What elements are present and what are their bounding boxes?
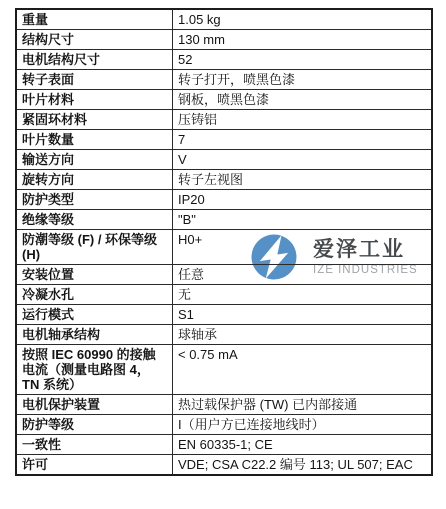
table-row: 冷凝水孔 无: [16, 285, 432, 305]
table-row: 转子表面 转子打开，喷黑色漆: [16, 70, 432, 90]
row-label: 结构尺寸: [16, 30, 173, 50]
table-row: 紧固环材料 压铸铝: [16, 110, 432, 130]
row-label: 电机保护装置: [16, 395, 173, 415]
row-value: H0+: [173, 230, 433, 265]
row-value: 钢板，喷黑色漆: [173, 90, 433, 110]
row-value: 7: [173, 130, 433, 150]
row-label: 许可: [16, 455, 173, 476]
row-label: 安装位置: [16, 265, 173, 285]
row-value: I（用户方已连接地线时）: [173, 415, 433, 435]
row-label: 叶片材料: [16, 90, 173, 110]
row-value: 转子打开，喷黑色漆: [173, 70, 433, 90]
row-value: EN 60335-1; CE: [173, 435, 433, 455]
spec-table: 重量 1.05 kg 结构尺寸 130 mm 电机结构尺寸 52 转子表面 转子…: [15, 8, 433, 476]
row-label: 叶片数量: [16, 130, 173, 150]
table-row: 电机轴承结构 球轴承: [16, 325, 432, 345]
row-label: 防护等级: [16, 415, 173, 435]
table-row: 许可 VDE; CSA C22.2 编号 113; UL 507; EAC: [16, 455, 432, 476]
table-row: 叶片材料 钢板，喷黑色漆: [16, 90, 432, 110]
row-value: 压铸铝: [173, 110, 433, 130]
table-row: 重量 1.05 kg: [16, 9, 432, 30]
row-value: S1: [173, 305, 433, 325]
row-label: 电机轴承结构: [16, 325, 173, 345]
table-row: 防护类型 IP20: [16, 190, 432, 210]
row-label: 输送方向: [16, 150, 173, 170]
row-value: 无: [173, 285, 433, 305]
row-value: 热过载保护器 (TW) 已内部接通: [173, 395, 433, 415]
row-value: IP20: [173, 190, 433, 210]
table-row: 电机结构尺寸 52: [16, 50, 432, 70]
row-value: 球轴承: [173, 325, 433, 345]
row-value: 任意: [173, 265, 433, 285]
table-row: 运行模式 S1: [16, 305, 432, 325]
row-label: 旋转方向: [16, 170, 173, 190]
table-row: 防潮等级 (F) / 环保等级 (H) H0+: [16, 230, 432, 265]
spec-sheet-page: 爱泽工业 IZE INDUSTRIES 重量 1.05 kg 结构尺寸 130 …: [0, 0, 446, 509]
row-value: 52: [173, 50, 433, 70]
row-label: 电机结构尺寸: [16, 50, 173, 70]
row-label: 绝缘等级: [16, 210, 173, 230]
row-value: V: [173, 150, 433, 170]
table-row: 绝缘等级 "B": [16, 210, 432, 230]
row-label: 运行模式: [16, 305, 173, 325]
table-row: 旋转方向 转子左视图: [16, 170, 432, 190]
row-label: 防潮等级 (F) / 环保等级 (H): [16, 230, 173, 265]
table-row: 电机保护装置 热过载保护器 (TW) 已内部接通: [16, 395, 432, 415]
row-label: 转子表面: [16, 70, 173, 90]
table-row: 结构尺寸 130 mm: [16, 30, 432, 50]
table-row: 一致性 EN 60335-1; CE: [16, 435, 432, 455]
row-value: "B": [173, 210, 433, 230]
table-row: 叶片数量 7: [16, 130, 432, 150]
spec-table-body: 重量 1.05 kg 结构尺寸 130 mm 电机结构尺寸 52 转子表面 转子…: [16, 9, 432, 475]
table-row: 输送方向 V: [16, 150, 432, 170]
table-row: 防护等级 I（用户方已连接地线时）: [16, 415, 432, 435]
row-label: 紧固环材料: [16, 110, 173, 130]
row-label: 按照 IEC 60990 的接触电流（测量电路图 4，TN 系统）: [16, 345, 173, 395]
row-value: 1.05 kg: [173, 9, 433, 30]
row-value: VDE; CSA C22.2 编号 113; UL 507; EAC: [173, 455, 433, 476]
row-label: 防护类型: [16, 190, 173, 210]
row-label: 重量: [16, 9, 173, 30]
row-label: 冷凝水孔: [16, 285, 173, 305]
row-value: 130 mm: [173, 30, 433, 50]
table-row: 安装位置 任意: [16, 265, 432, 285]
table-row: 按照 IEC 60990 的接触电流（测量电路图 4，TN 系统） < 0.75…: [16, 345, 432, 395]
row-label: 一致性: [16, 435, 173, 455]
row-value: < 0.75 mA: [173, 345, 433, 395]
row-value: 转子左视图: [173, 170, 433, 190]
